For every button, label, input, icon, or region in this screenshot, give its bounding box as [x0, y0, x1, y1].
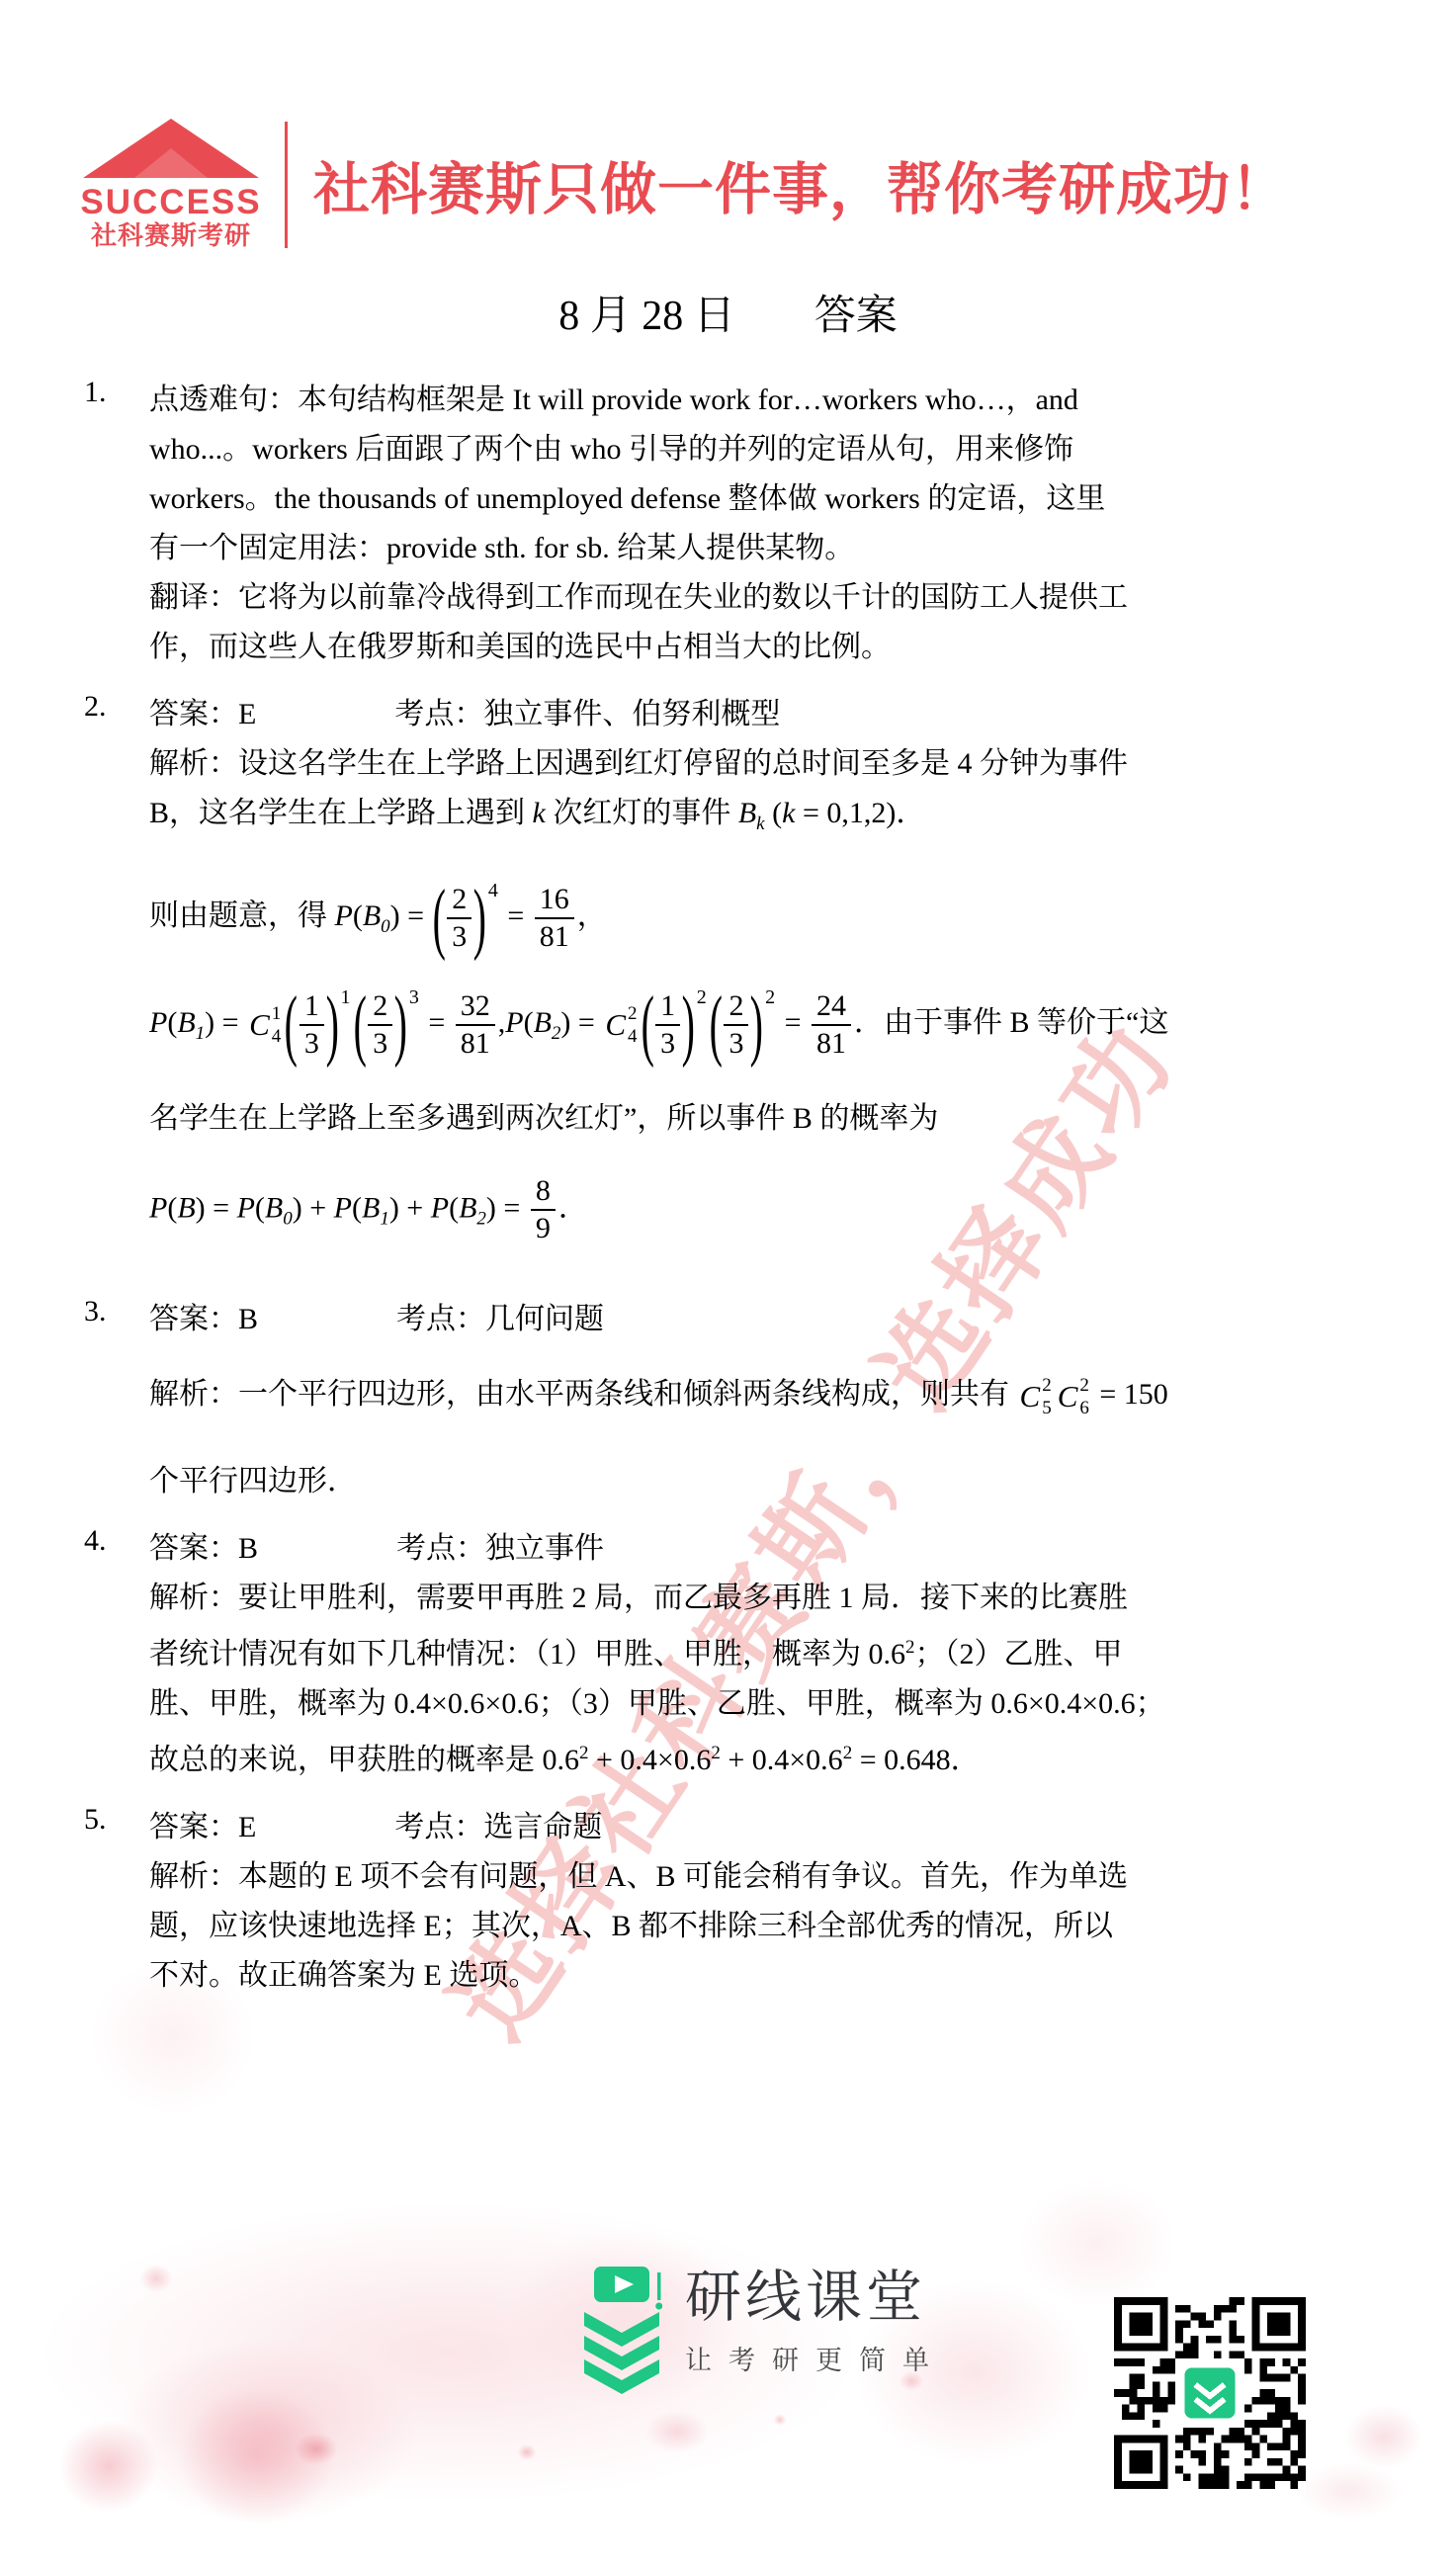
- answer-line: 答案：E考点：选言命题: [149, 1803, 1389, 1852]
- watercolor-blob: [771, 2412, 789, 2428]
- watercolor-blob: [148, 2362, 366, 2550]
- answer-line: 答案：B考点：几何问题: [149, 1295, 1389, 1344]
- answer-line: 有一个固定用法：provide sth. for sb. 给某人提供某物。: [149, 524, 1389, 573]
- header: SUCCESS 社科赛斯考研 社科赛斯只做一件事，帮你考研成功！: [77, 111, 1407, 259]
- answer-body: 答案：E考点：独立事件、伯努利概型解析：设这名学生在上学路上因遇到红灯停留的总时…: [149, 690, 1389, 1277]
- answer-item: 5.答案：E考点：选言命题解析：本题的 E 项不会有问题，但 A、B 可能会稍有…: [84, 1803, 1389, 2001]
- header-divider: [285, 122, 288, 248]
- roof-icon: [83, 119, 259, 180]
- answer-line: 题，应该快速地选择 E；其次，A、B 都不排除三科全部优秀的情况，所以: [149, 1902, 1389, 1951]
- answer-line: 故总的来说，甲获胜的概率是 0.62 + 0.4×0.62 + 0.4×0.62…: [149, 1729, 1389, 1785]
- answer-item: 3.答案：B考点：几何问题解析：一个平行四边形，由水平两条线和倾斜两条线构成，则…: [84, 1295, 1389, 1506]
- watercolor-blob: [59, 2303, 474, 2560]
- watercolor-blob: [133, 2259, 179, 2298]
- answer-line: workers。the thousands of unemployed defe…: [149, 474, 1389, 524]
- answer-line: 个平行四边形．: [149, 1457, 1389, 1506]
- answer-line: B，这名学生在上学路上遇到 k 次红灯的事件 Bk (k = 0,1,2)．: [149, 789, 1389, 849]
- answer-body: 点透难句：本句结构框架是 It will provide work for…wo…: [149, 376, 1389, 672]
- answer-item: 4.答案：B考点：独立事件解析：要让甲胜利，需要甲再胜 2 局，而乙最多再胜 1…: [84, 1524, 1389, 1785]
- answers-list: 1.点透难句：本句结构框架是 It will provide work for……: [84, 376, 1389, 2018]
- answer-line: 解析：本题的 E 项不会有问题，但 A、B 可能会稍有争议。首先，作为单选: [149, 1852, 1389, 1902]
- answer-line: 答案：E考点：独立事件、伯努利概型: [149, 690, 1389, 739]
- answer-number: 2.: [84, 690, 149, 1277]
- answer-line: P(B1) = C14(13)1(23)3 = 3281,P(B2) = C24…: [149, 987, 1389, 1063]
- footer-brand: 研线课堂 让考研更简单: [576, 2267, 946, 2395]
- answer-body: 答案：E考点：选言命题解析：本题的 E 项不会有问题，但 A、B 可能会稍有争议…: [149, 1803, 1389, 2001]
- watercolor-blob: [514, 2441, 540, 2463]
- footer-brand-name: 研线课堂: [685, 2267, 946, 2329]
- answer-number: 3.: [84, 1295, 149, 1506]
- footer-brand-tagline: 让考研更简单: [685, 2339, 946, 2377]
- document-page: 选择社科赛斯，选择成功 SUCCESS 社科赛斯考研 社科赛斯只做一件事，帮你考…: [0, 0, 1456, 2569]
- page-title: 8 月 28 日答案: [0, 283, 1456, 342]
- answer-line: 解析：要让甲胜利，需要甲再胜 2 局，而乙最多再胜 1 局．接下来的比赛胜: [149, 1574, 1389, 1623]
- answer-line: 解析：一个平行四边形，由水平两条线和倾斜两条线构成，则共有 C25C26 = 1…: [149, 1376, 1389, 1425]
- watercolor-blob: [287, 2427, 346, 2471]
- answer-line: 点透难句：本句结构框架是 It will provide work for…wo…: [149, 376, 1389, 425]
- answer-number: 5.: [84, 1803, 149, 2001]
- answer-body: 答案：B考点：几何问题解析：一个平行四边形，由水平两条线和倾斜两条线构成，则共有…: [149, 1295, 1389, 1506]
- yanxian-classroom-icon: [576, 2267, 667, 2395]
- answer-line: 则由题意，得 P(B0) = (23)4 = 1681，: [149, 881, 1389, 956]
- answer-item: 1.点透难句：本句结构框架是 It will provide work for……: [84, 376, 1389, 672]
- answer-line: 名学生在上学路上至多遇到两次红灯”，所以事件 B 的概率为: [149, 1094, 1389, 1144]
- title-label: 答案: [814, 294, 898, 339]
- watercolor-blob: [1329, 2392, 1438, 2481]
- logo-subtext: 社科赛斯考研: [77, 220, 265, 251]
- answer-number: 4.: [84, 1524, 149, 1785]
- answer-line: P(B) = P(B0) + P(B1) + P(B2) = 89．: [149, 1175, 1389, 1245]
- answer-line: 翻译：它将为以前靠冷战得到工作而现在失业的数以千计的国防工人提供工: [149, 573, 1389, 623]
- answer-body: 答案：B考点：独立事件解析：要让甲胜利，需要甲再胜 2 局，而乙最多再胜 1 局…: [149, 1524, 1389, 1785]
- answer-line: 胜、甲胜，概率为 0.4×0.6×0.6；（3）甲胜、乙胜、甲胜，概率为 0.6…: [149, 1679, 1389, 1729]
- success-logo: SUCCESS 社科赛斯考研: [77, 119, 265, 252]
- watercolor-blob: [633, 2402, 722, 2461]
- logo-wordmark: SUCCESS: [77, 185, 265, 221]
- answer-item: 2.答案：E考点：独立事件、伯努利概型解析：设这名学生在上学路上因遇到红灯停留的…: [84, 690, 1389, 1277]
- answer-line: 解析：设这名学生在上学路上因遇到红灯停留的总时间至多是 4 分钟为事件: [149, 739, 1389, 789]
- answer-number: 1.: [84, 376, 149, 672]
- qr-code: [1114, 2297, 1306, 2489]
- watercolor-blob: [40, 2402, 178, 2530]
- answer-line: 者统计情况有如下几种情况：（1）甲胜、甲胜，概率为 0.62；（2）乙胜、甲: [149, 1623, 1389, 1679]
- answer-line: who...。workers 后面跟了两个由 who 引导的并列的定语从句，用来…: [149, 425, 1389, 474]
- answer-line: 答案：B考点：独立事件: [149, 1524, 1389, 1574]
- title-date: 8 月 28 日: [558, 294, 735, 339]
- answer-line: 作，而这些人在俄罗斯和美国的选民中占相当大的比例。: [149, 623, 1389, 672]
- brand-slogan: 社科赛斯只做一件事，帮你考研成功！: [313, 144, 1288, 225]
- answer-line: 不对。故正确答案为 E 选项。: [149, 1951, 1389, 2001]
